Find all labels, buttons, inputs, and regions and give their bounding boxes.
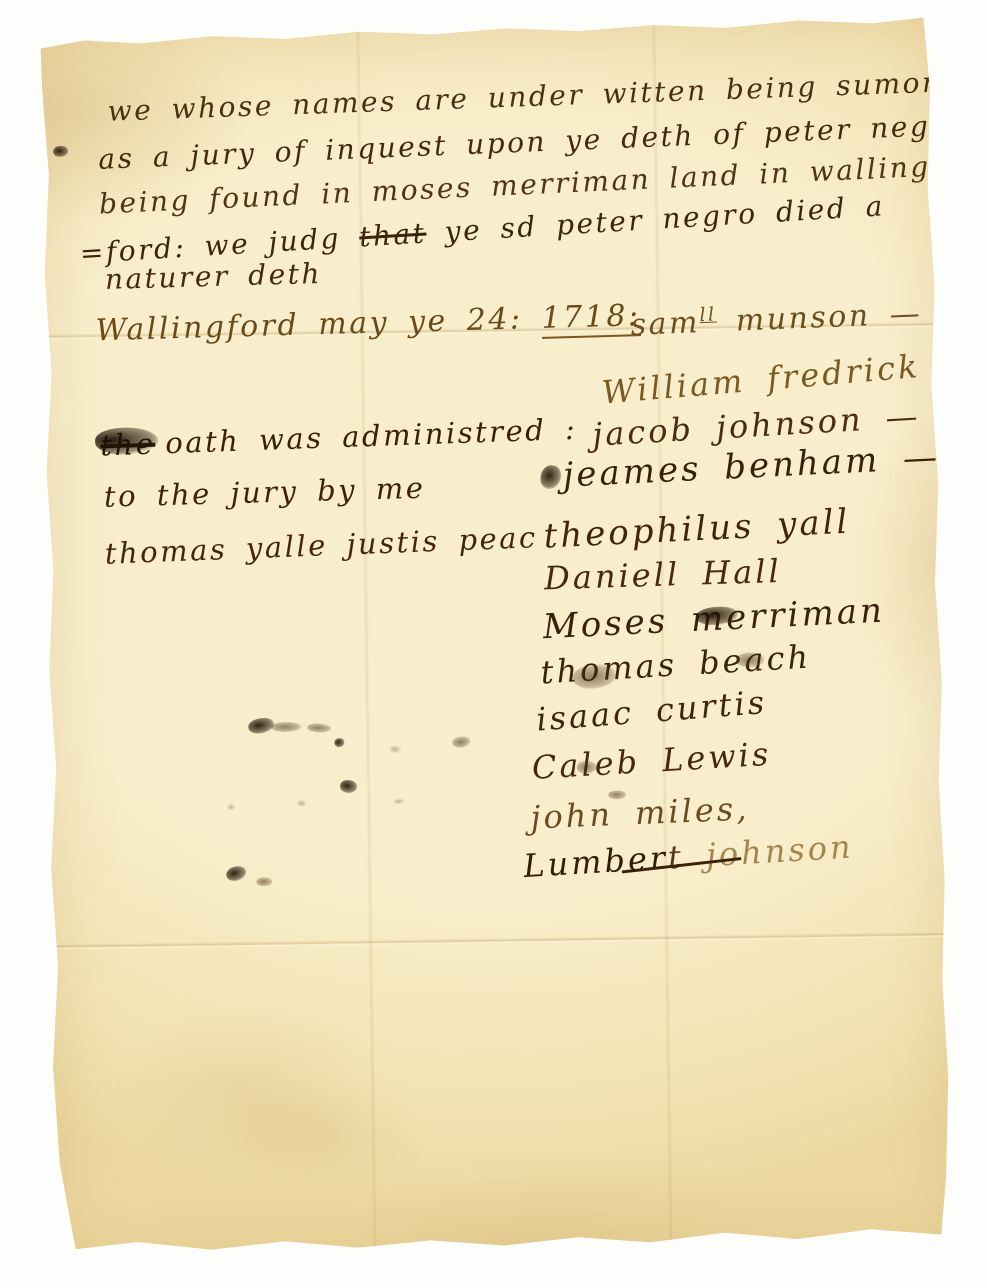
manuscript-page: we whose names are under witten being su… (29, 14, 962, 1265)
foreman-name-pre: sam (630, 305, 701, 343)
ink-blot (538, 463, 563, 491)
juror-signature: john miles, (530, 789, 750, 836)
ink-blot (297, 800, 306, 807)
juror-signature: Caleb Lewis (531, 735, 772, 787)
scanner-bed: we whose names are under witten being su… (0, 0, 987, 1288)
verdict-text: we whose names are under witten being su… (29, 14, 945, 27)
dateline-year: 1718: (541, 298, 641, 339)
ink-blot (247, 716, 275, 735)
verdict-line-5: naturer deth (104, 257, 322, 296)
dateline: Wallingford may ye 24: 1718: (95, 298, 641, 348)
dateline-place: Wallingford may ye 24: (95, 301, 523, 348)
oath-attestation: theoath was administred : to the jury by… (29, 14, 945, 27)
juror-signature: theophilus yall (543, 502, 852, 557)
ink-blot (334, 738, 344, 747)
oath-line-3: thomas yalle justis peac (104, 520, 538, 571)
struck-word: that (358, 217, 427, 254)
oath-line-2: to the jury by me (104, 471, 426, 514)
juror-signature: Moses merriman (542, 591, 886, 648)
ink-blot (339, 779, 358, 795)
fold-crease (42, 932, 958, 951)
juror-signatures: William fredrick jacob johnson — jeames … (29, 14, 945, 27)
juror-signature: Daniell Hall (544, 552, 783, 597)
ink-blot (452, 735, 471, 748)
juror-signature: Lumbert johnson (522, 828, 854, 886)
signature-foreman: samll munson — (630, 296, 923, 343)
ink-blot (225, 865, 248, 883)
ink-blot (227, 804, 235, 811)
oath-line-1: theoath was administred : (100, 412, 578, 463)
ink-blot (256, 877, 272, 886)
ink-blot (389, 745, 401, 753)
juror-signature: thomas beach (539, 637, 812, 691)
ink-blot (53, 146, 68, 157)
ink-blot (271, 722, 301, 732)
foreman-superscript: ll (699, 304, 717, 326)
ink-blot (393, 798, 405, 804)
blotted-word: the (100, 427, 156, 463)
juror-signature: isaac curtis (535, 683, 768, 739)
oath-line-1-text: oath was administred : (165, 412, 578, 460)
foreman-name-rest: munson — (716, 296, 923, 339)
ink-blot (307, 723, 331, 733)
